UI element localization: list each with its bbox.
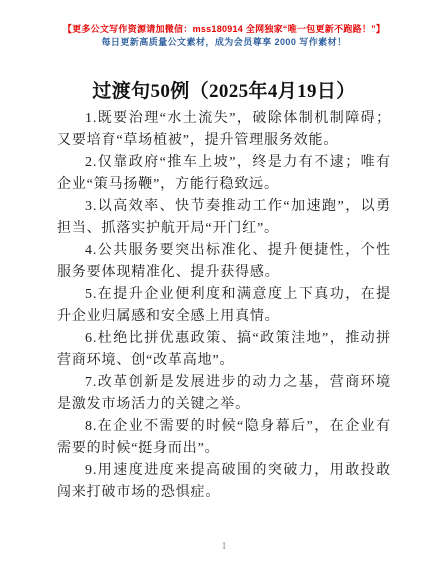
paragraph: 6.杜绝比拼优惠政策、搞“政策洼地”，推动拼营商环境、创“改革高地”。	[57, 328, 391, 372]
promo-header: 【更多公文写作资源请加微信：mss180914 全网独家“唯一包更新不跑路！”】…	[0, 23, 448, 49]
paragraph: 3.以高效率、快节奏推动工作“加速跑”，以勇担当、抓落实护航开局“开门红”。	[57, 196, 391, 240]
document-body: 1.既要治理“水土流失”，破除体制机制障碍；又要培育“草场植被”，提升管理服务效…	[57, 108, 391, 504]
promo-line-blue: 每日更新高质量公文素材，成为会员尊享 2000 写作素材！	[0, 36, 448, 49]
paragraph: 1.既要治理“水土流失”，破除体制机制障碍；又要培育“草场植被”，提升管理服务效…	[57, 108, 391, 152]
paragraph: 2.仅靠政府“推车上坡”，终是力有不逮；唯有企业“策马扬鞭”，方能行稳致远。	[57, 152, 391, 196]
page-number: 1	[0, 541, 448, 552]
page-title: 过渡句50例（2025年4月19日）	[0, 80, 448, 104]
promo-line-red: 【更多公文写作资源请加微信：mss180914 全网独家“唯一包更新不跑路！”】	[0, 23, 448, 36]
paragraph: 4.公共服务要突出标准化、提升便捷性，个性服务要体现精准化、提升获得感。	[57, 240, 391, 284]
paragraph: 9.用速度进度来提高破围的突破力，用敢投敢闯来打破市场的恐惧症。	[57, 460, 391, 504]
paragraph: 8.在企业不需要的时候“隐身幕后”，在企业有需要的时候“挺身而出”。	[57, 416, 391, 460]
document-page: 【更多公文写作资源请加微信：mss180914 全网独家“唯一包更新不跑路！”】…	[0, 0, 448, 580]
paragraph: 5.在提升企业便利度和满意度上下真功，在提升企业归属感和安全感上用真情。	[57, 284, 391, 328]
paragraph: 7.改革创新是发展进步的动力之基，营商环境是激发市场活力的关键之举。	[57, 372, 391, 416]
